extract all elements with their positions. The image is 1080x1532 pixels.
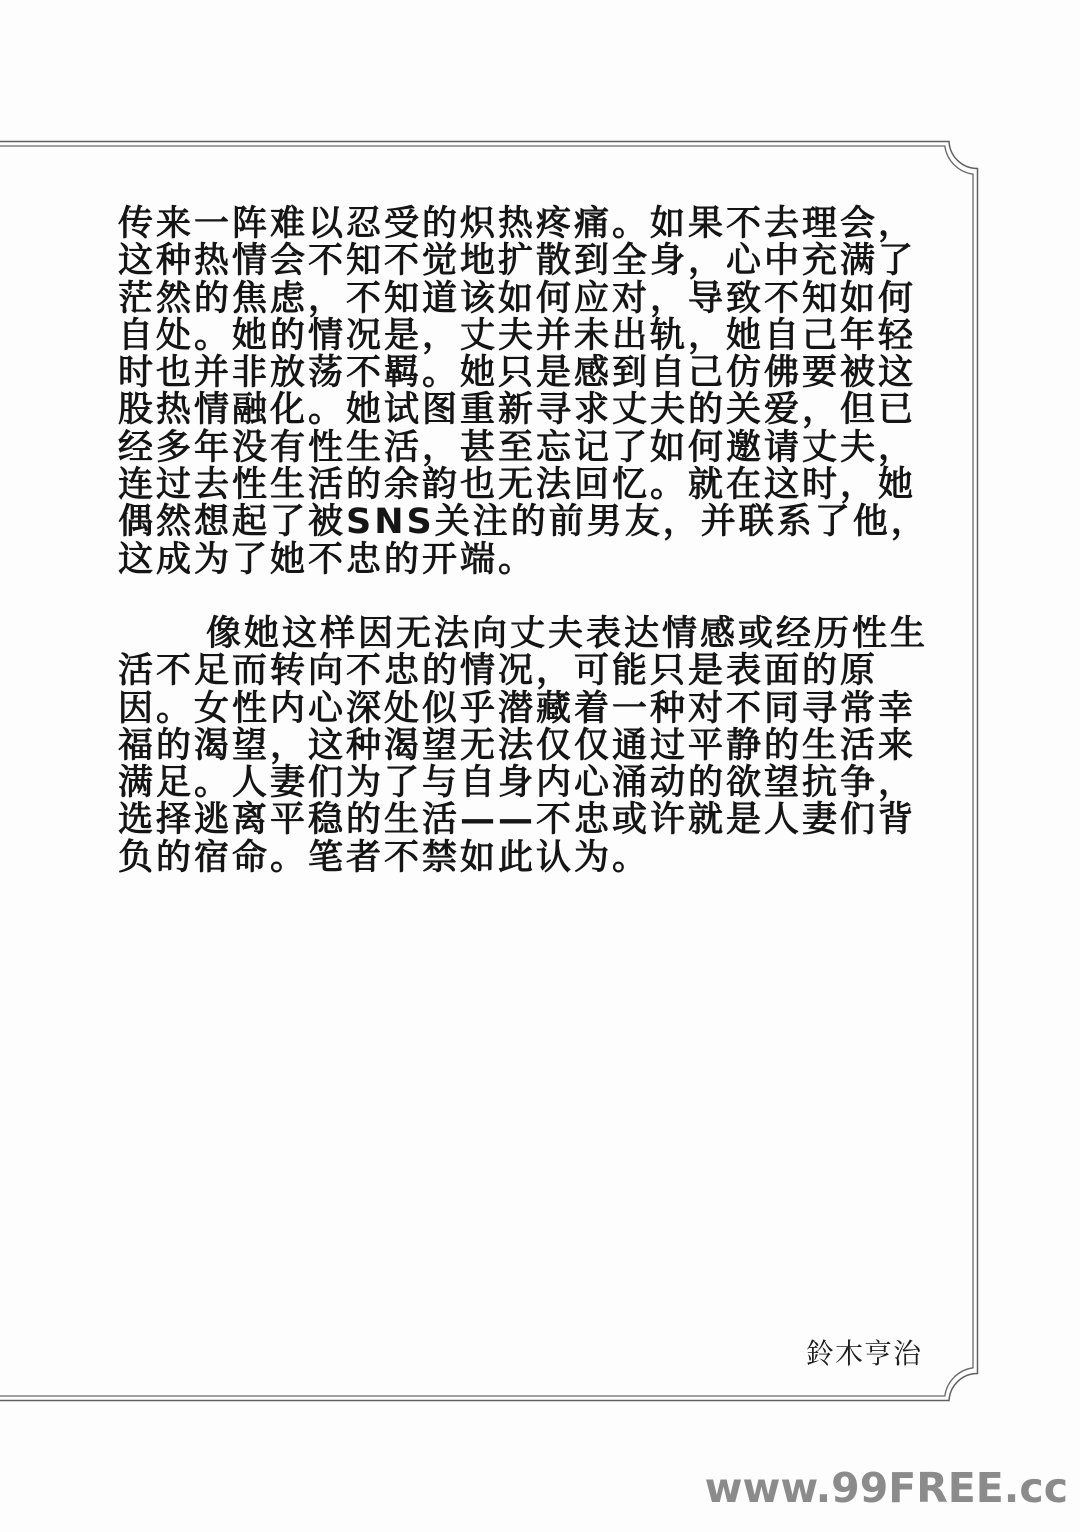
text-line: 茫然的焦虑，不知道该如何应对，导致不知如何 xyxy=(118,281,928,318)
text-line: 满足。人妻们为了与自身内心涌动的欲望抗争， xyxy=(118,765,928,802)
text-line: 负的宿命。笔者不禁如此认为。 xyxy=(118,840,928,877)
text-line: 选择逃离平稳的生活——不忠或许就是人妻们背 xyxy=(118,802,928,839)
text-line: 这种热情会不知不觉地扩散到全身，心中充满了 xyxy=(118,243,928,280)
text-line: 自处。她的情况是，丈夫并未出轨，她自己年轻 xyxy=(118,318,928,355)
paragraph-1: 传来一阵难以忍受的炽热疼痛。如果不去理会， 这种热情会不知不觉地扩散到全身，心中… xyxy=(118,206,928,579)
text-line: 因。女性内心深处似乎潜藏着一种对不同寻常幸 xyxy=(118,691,928,728)
text-line: 这成为了她不忠的开端。 xyxy=(118,542,928,579)
author-signature: 鈴木亨治 xyxy=(806,1332,922,1372)
text-line: 福的渴望，这种渴望无法仅仅通过平静的生活来 xyxy=(118,728,928,765)
text-line: 时也并非放荡不羁。她只是感到自己仿佛要被这 xyxy=(118,355,928,392)
afterword-text-block: 传来一阵难以忍受的炽热疼痛。如果不去理会， 这种热情会不知不觉地扩散到全身，心中… xyxy=(118,206,928,877)
text-line: 活不足而转向不忠的情况，可能只是表面的原 xyxy=(118,653,928,690)
text-line: 连过去性生活的余韵也无法回忆。就在这时，她 xyxy=(118,467,928,504)
scanned-afterword-page: 传来一阵难以忍受的炽热疼痛。如果不去理会， 这种热情会不知不觉地扩散到全身，心中… xyxy=(0,0,1080,1532)
text-line: 像她这样因无法向丈夫表达情感或经历性生 xyxy=(118,616,928,653)
watermark-url: www.99FREE.cc xyxy=(705,1464,1068,1512)
paragraph-2: 像她这样因无法向丈夫表达情感或经历性生 活不足而转向不忠的情况，可能只是表面的原… xyxy=(118,616,928,877)
text-line: 经多年没有性生活，甚至忘记了如何邀请丈夫， xyxy=(118,430,928,467)
text-line: 传来一阵难以忍受的炽热疼痛。如果不去理会， xyxy=(118,206,928,243)
text-line: 股热情融化。她试图重新寻求丈夫的关爱，但已 xyxy=(118,392,928,429)
text-line: 偶然想起了被SNS关注的前男友，并联系了他， xyxy=(118,504,928,541)
